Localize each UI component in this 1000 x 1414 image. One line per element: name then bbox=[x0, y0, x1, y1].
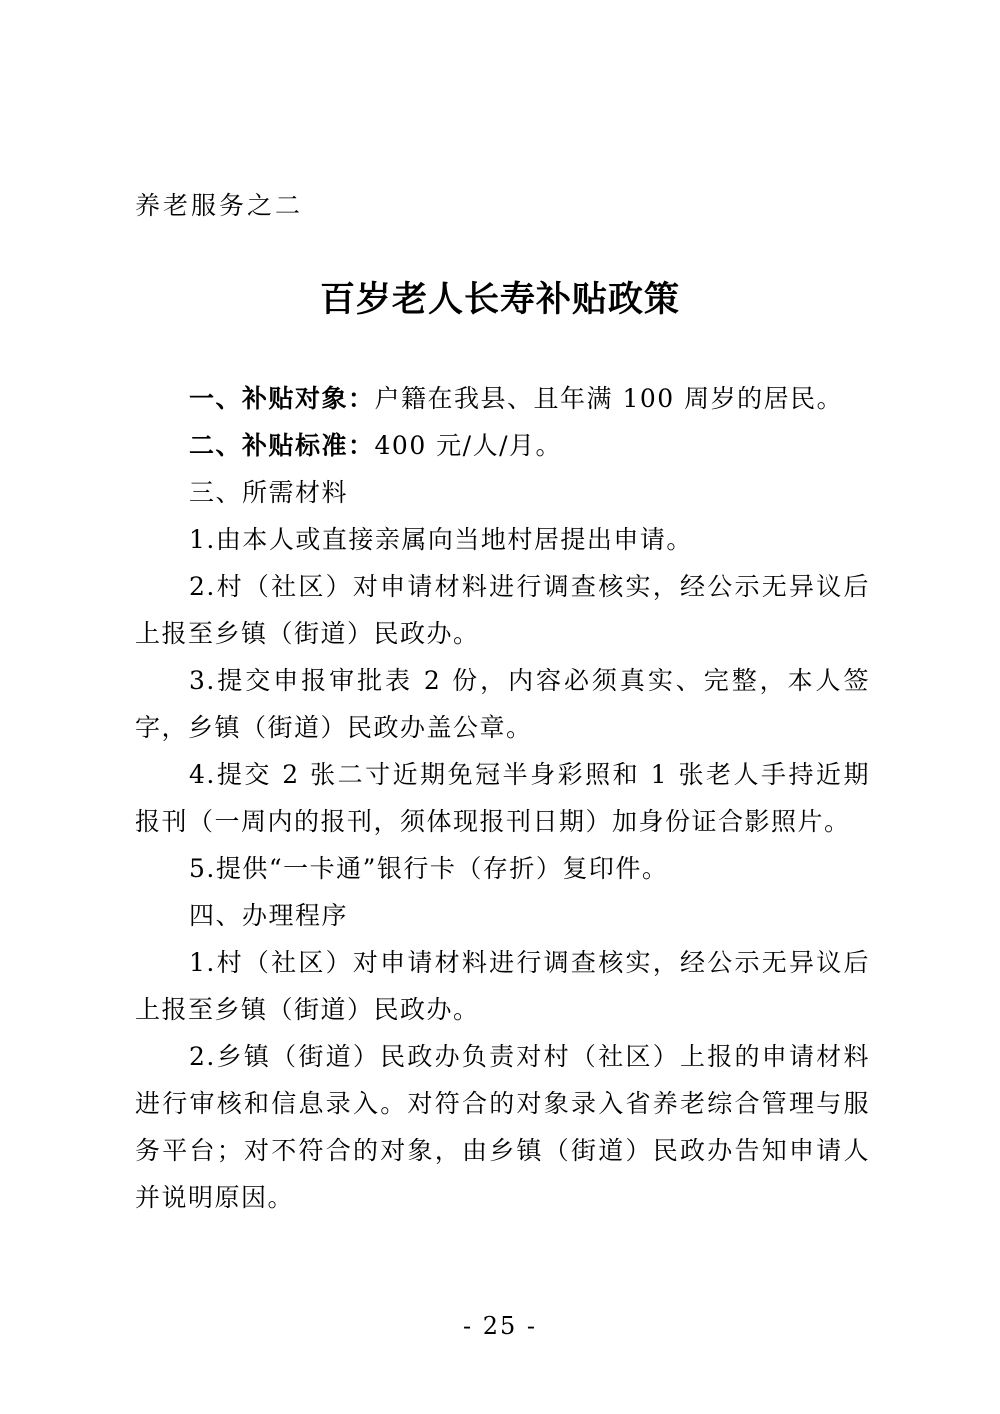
material-item: 4.提交 2 张二寸近期免冠半身彩照和 1 张老人手持近期报刊（一周内的报刊，须… bbox=[135, 751, 870, 845]
section-procedure: 四、办理程序 bbox=[135, 892, 870, 939]
material-item: 5.提供“一卡通”银行卡（存折）复印件。 bbox=[135, 845, 870, 892]
section-text: 户籍在我县、且年满 100 周岁的居民。 bbox=[375, 384, 844, 413]
material-item: 2.村（社区）对申请材料进行调查核实，经公示无异议后上报至乡镇（街道）民政办。 bbox=[135, 563, 870, 657]
document-page: 养老服务之二 百岁老人长寿补贴政策 一、补贴对象：户籍在我县、且年满 100 周… bbox=[0, 0, 1000, 1414]
section-heading: 四、办理程序 bbox=[189, 901, 348, 930]
document-title: 百岁老人长寿补贴政策 bbox=[0, 272, 1000, 322]
procedure-item: 1.村（社区）对申请材料进行调查核实，经公示无异议后上报至乡镇（街道）民政办。 bbox=[135, 939, 870, 1033]
document-body: 一、补贴对象：户籍在我县、且年满 100 周岁的居民。 二、补贴标准：400 元… bbox=[135, 375, 870, 1221]
page-number: - 25 - bbox=[0, 1312, 1000, 1340]
procedure-item: 2.乡镇（街道）民政办负责对村（社区）上报的申请材料进行审核和信息录入。对符合的… bbox=[135, 1033, 870, 1221]
section-heading: 二、补贴标准： bbox=[189, 431, 375, 460]
series-label: 养老服务之二 bbox=[135, 186, 303, 222]
section-heading: 一、补贴对象： bbox=[189, 384, 375, 413]
section-required-materials: 三、所需材料 bbox=[135, 469, 870, 516]
section-subsidy-target: 一、补贴对象：户籍在我县、且年满 100 周岁的居民。 bbox=[135, 375, 870, 422]
material-item: 1.由本人或直接亲属向当地村居提出申请。 bbox=[135, 516, 870, 563]
section-subsidy-standard: 二、补贴标准：400 元/人/月。 bbox=[135, 422, 870, 469]
section-text: 400 元/人/月。 bbox=[375, 431, 563, 460]
section-heading: 三、所需材料 bbox=[189, 478, 348, 507]
material-item: 3.提交申报审批表 2 份，内容必须真实、完整，本人签字，乡镇（街道）民政办盖公… bbox=[135, 657, 870, 751]
